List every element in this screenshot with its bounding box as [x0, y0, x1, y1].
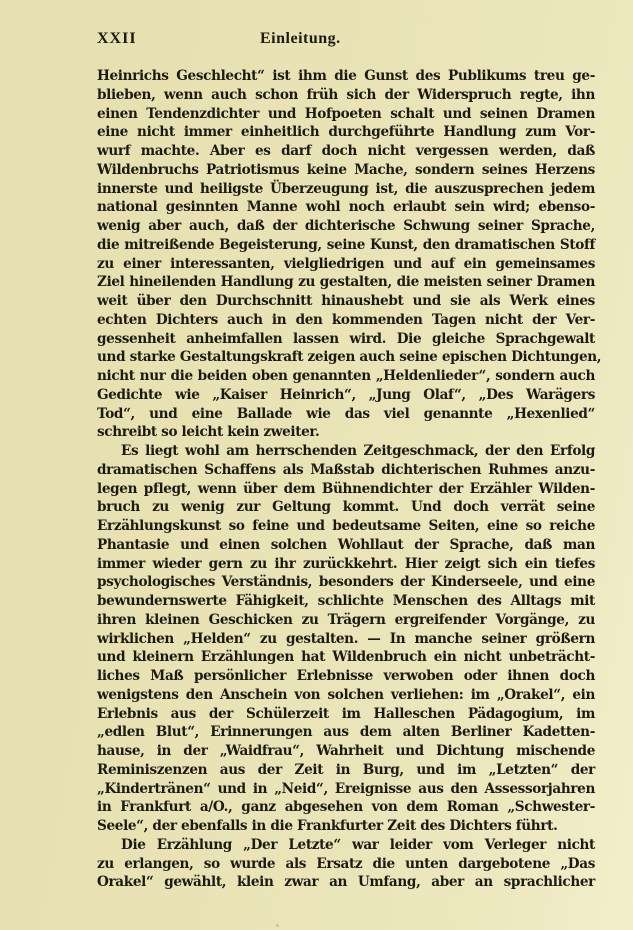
book-page: XXII Einleitung. Heinrichs Geschlecht“ i…	[0, 0, 633, 930]
text-line: bruch zu wenig zur Geltung kommt. Und do…	[97, 498, 595, 517]
text-line: dramatischen Schaffens als Maßstab dicht…	[97, 461, 595, 480]
text-line: psychologisches Verständnis, besonders d…	[97, 573, 595, 592]
running-head: XXII Einleitung.	[97, 30, 607, 50]
text-line: zu einer interessanten, vielgliedrigen u…	[97, 255, 595, 274]
text-line: weit über den Durchschnitt hinaushebt un…	[97, 292, 595, 311]
text-line: schreibt so leicht kein zweiter.	[97, 423, 595, 442]
text-line: echten Dichters auch in den kommenden Ta…	[97, 311, 595, 330]
text-line: Reminiszenzen aus der Zeit in Burg, und …	[97, 761, 595, 780]
page-number: XXII	[97, 30, 137, 48]
text-line: wenigstens den Anschein von solchen verl…	[97, 686, 595, 705]
paragraph-2: Es liegt wohl am herrschenden Zeitgeschm…	[97, 442, 595, 836]
body-text: Heinrichs Geschlecht“ ist ihm die Gunst …	[97, 67, 595, 892]
paragraph-1: Heinrichs Geschlecht“ ist ihm die Gunst …	[97, 67, 595, 442]
text-line: Erzählungskunst so feine und bedeutsame …	[97, 517, 595, 536]
text-line: zu erlangen, so wurde als Ersatz die unt…	[97, 855, 595, 874]
text-line: Phantasie und einen solchen Wohllaut der…	[97, 536, 595, 555]
text-line: in Frankfurt a/O., ganz abgesehen von de…	[97, 798, 595, 817]
text-line: „Kindertränen“ und in „Neid“, Ereignisse…	[97, 780, 595, 799]
text-line: Orakel“ gewählt, klein zwar an Umfang, a…	[97, 873, 595, 892]
text-line: eine nicht immer einheitlich durchgeführ…	[97, 123, 595, 142]
text-line: gessenheit anheimfallen lassen wird. Die…	[97, 330, 595, 349]
text-line: einen Tendenzdichter und Hofpoeten schal…	[97, 105, 595, 124]
paper-speck	[276, 924, 279, 927]
text-line: legen pflegt, wenn über dem Bühnendichte…	[97, 480, 595, 499]
text-line: Es liegt wohl am herrschenden Zeitgeschm…	[97, 442, 595, 461]
text-line: Seele“, der ebenfalls in die Frankfurter…	[97, 817, 595, 836]
text-line: hause, in der „Waidfrau“, Wahrheit und D…	[97, 742, 595, 761]
text-line: bewundernswerte Fähigkeit, schlichte Men…	[97, 592, 595, 611]
text-line: Wildenbruchs Patriotismus keine Mache, s…	[97, 161, 595, 180]
text-line: und starke Gestaltungskraft zeigen auch …	[97, 348, 595, 367]
text-line: wenig aber auch, daß der dichterische Sc…	[97, 217, 595, 236]
text-line: innerste und heiligste Überzeugung ist, …	[97, 180, 595, 199]
running-title: Einleitung.	[260, 30, 341, 48]
text-line: national gesinnten Manne wohl noch erlau…	[97, 198, 595, 217]
text-line: liches Maß persönlicher Erlebnisse verwo…	[97, 667, 595, 686]
paragraph-3: Die Erzählung „Der Letzte“ war leider vo…	[97, 836, 595, 892]
text-line: Gedichte wie „Kaiser Heinrich“, „Jung Ol…	[97, 386, 595, 405]
text-line: Heinrichs Geschlecht“ ist ihm die Gunst …	[97, 67, 595, 86]
text-line: ihren kleinen Geschicken zu Trägern ergr…	[97, 611, 595, 630]
text-line: Ziel hineilenden Handlung zu gestalten, …	[97, 273, 595, 292]
text-line: Die Erzählung „Der Letzte“ war leider vo…	[97, 836, 595, 855]
text-line: wurf machte. Aber es darf doch nicht ver…	[97, 142, 595, 161]
text-line: Tod“, und eine Ballade wie das viel gena…	[97, 405, 595, 424]
text-line: wirklichen „Helden“ zu gestalten. — In m…	[97, 630, 595, 649]
text-line: „edlen Blut“, Erinnerungen aus dem alten…	[97, 723, 595, 742]
text-line: nicht nur die beiden oben genannten „Hel…	[97, 367, 595, 386]
text-line: und kleinern Erzählungen hat Wildenbruch…	[97, 648, 595, 667]
text-line: blieben, wenn auch schon früh sich der W…	[97, 86, 595, 105]
text-line: immer wieder gern zu ihr zurückkehrt. Hi…	[97, 555, 595, 574]
text-line: die mitreißende Begeisterung, seine Kuns…	[97, 236, 595, 255]
text-line: Erlebnis aus der Schülerzeit im Hallesch…	[97, 705, 595, 724]
